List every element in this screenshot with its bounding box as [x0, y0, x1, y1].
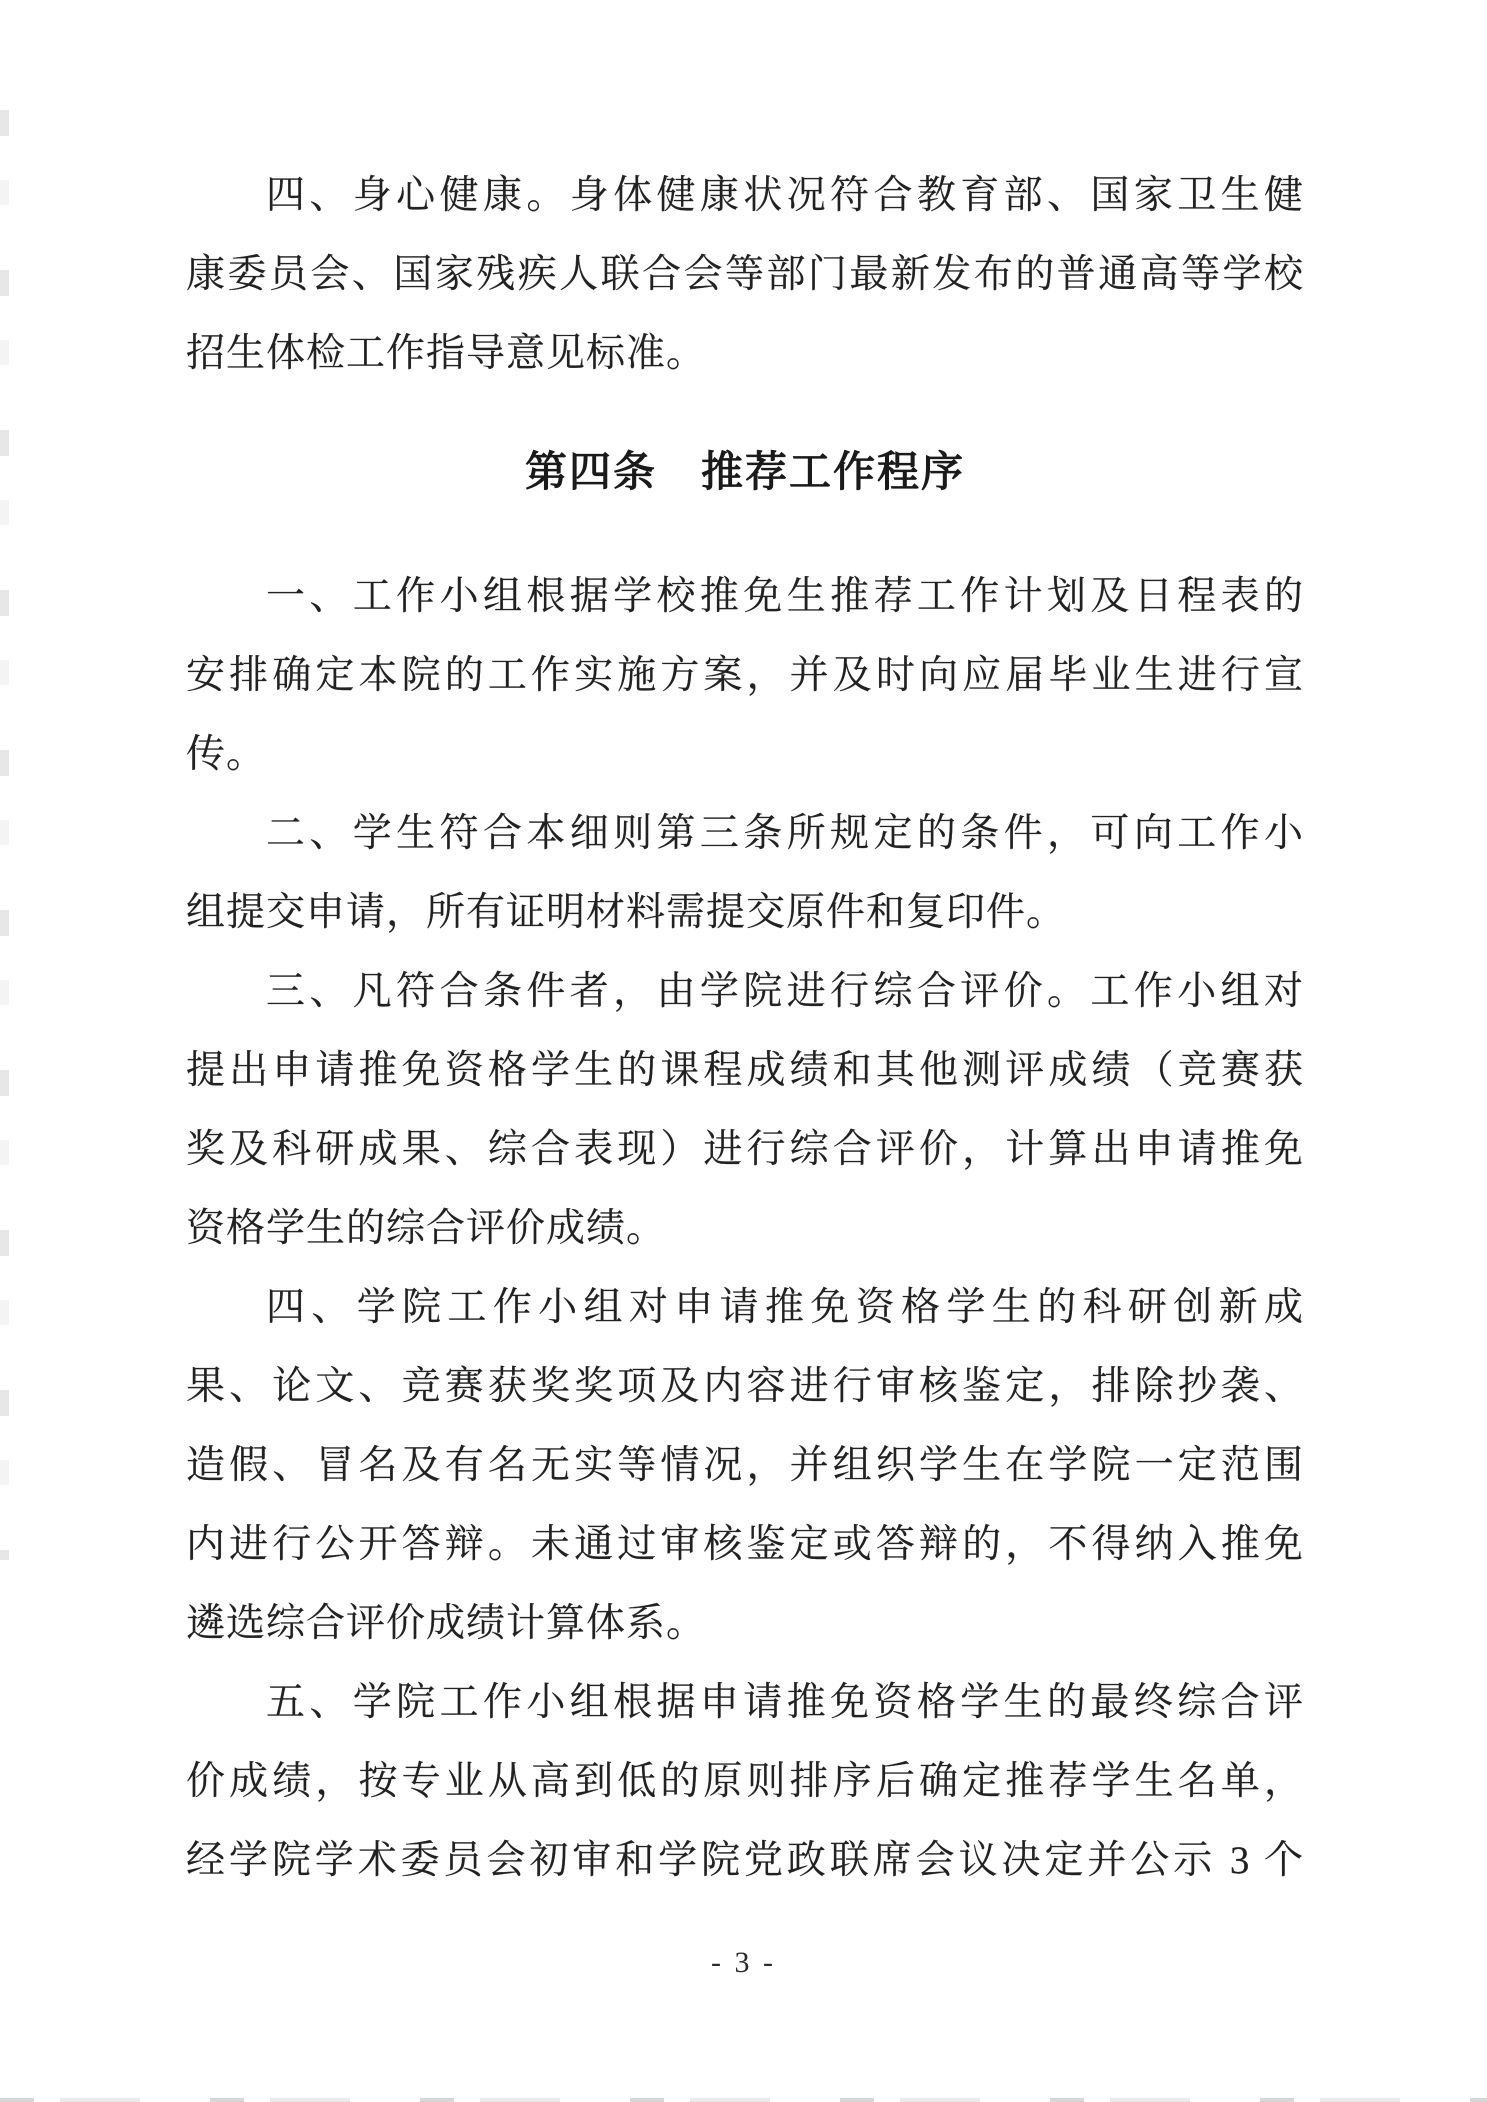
article-heading: 第四条 推荐工作程序: [186, 434, 1304, 513]
text-line: 经学院学术委员会初审和学院党政联席会议决定并公示 3 个: [186, 1821, 1304, 1900]
text-line: 传。: [186, 715, 1304, 794]
document-content: 四、身心健康。身体健康状况符合教育部、国家卫生健康委员会、国家残疾人联合会等部门…: [186, 156, 1304, 1900]
article-body: 一、工作小组根据学校推免生推荐工作计划及日程表的安排确定本院的工作实施方案，并及…: [186, 557, 1304, 1900]
section-end-paragraph: 四、身心健康。身体健康状况符合教育部、国家卫生健康委员会、国家残疾人联合会等部门…: [186, 156, 1304, 393]
text-line: 四、学院工作小组对申请推免资格学生的科研创新成: [186, 1268, 1304, 1347]
scanned-document-page: 四、身心健康。身体健康状况符合教育部、国家卫生健康委员会、国家残疾人联合会等部门…: [0, 0, 1487, 2102]
text-line: 提出申请推免资格学生的课程成绩和其他测评成绩（竞赛获: [186, 1031, 1304, 1110]
text-line: 招生体检工作指导意见标准。: [186, 314, 1304, 393]
text-line: 二、学生符合本细则第三条所规定的条件，可向工作小: [186, 794, 1304, 873]
text-line: 遴选综合评价成绩计算体系。: [186, 1584, 1304, 1663]
text-line: 三、凡符合条件者，由学院进行综合评价。工作小组对: [186, 952, 1304, 1031]
text-line: 组提交申请，所有证明材料需提交原件和复印件。: [186, 873, 1304, 952]
page-number: - 3 -: [0, 1946, 1487, 1980]
text-line: 果、论文、竞赛获奖奖项及内容进行审核鉴定，排除抄袭、: [186, 1347, 1304, 1426]
text-line: 资格学生的综合评价成绩。: [186, 1189, 1304, 1268]
scan-artifact-left-edge: [0, 110, 9, 1560]
text-line: 四、身心健康。身体健康状况符合教育部、国家卫生健: [186, 156, 1304, 235]
text-line: 五、学院工作小组根据申请推免资格学生的最终综合评: [186, 1663, 1304, 1742]
text-line: 奖及科研成果、综合表现）进行综合评价，计算出申请推免: [186, 1110, 1304, 1189]
text-line: 价成绩，按专业从高到低的原则排序后确定推荐学生名单，: [186, 1742, 1304, 1821]
text-line: 康委员会、国家残疾人联合会等部门最新发布的普通高等学校: [186, 235, 1304, 314]
scan-artifact-bottom-edge: [0, 2098, 1487, 2102]
text-line: 安排确定本院的工作实施方案，并及时向应届毕业生进行宣: [186, 636, 1304, 715]
text-line: 一、工作小组根据学校推免生推荐工作计划及日程表的: [186, 557, 1304, 636]
text-line: 内进行公开答辩。未通过审核鉴定或答辩的，不得纳入推免: [186, 1505, 1304, 1584]
text-line: 造假、冒名及有名无实等情况，并组织学生在学院一定范围: [186, 1426, 1304, 1505]
